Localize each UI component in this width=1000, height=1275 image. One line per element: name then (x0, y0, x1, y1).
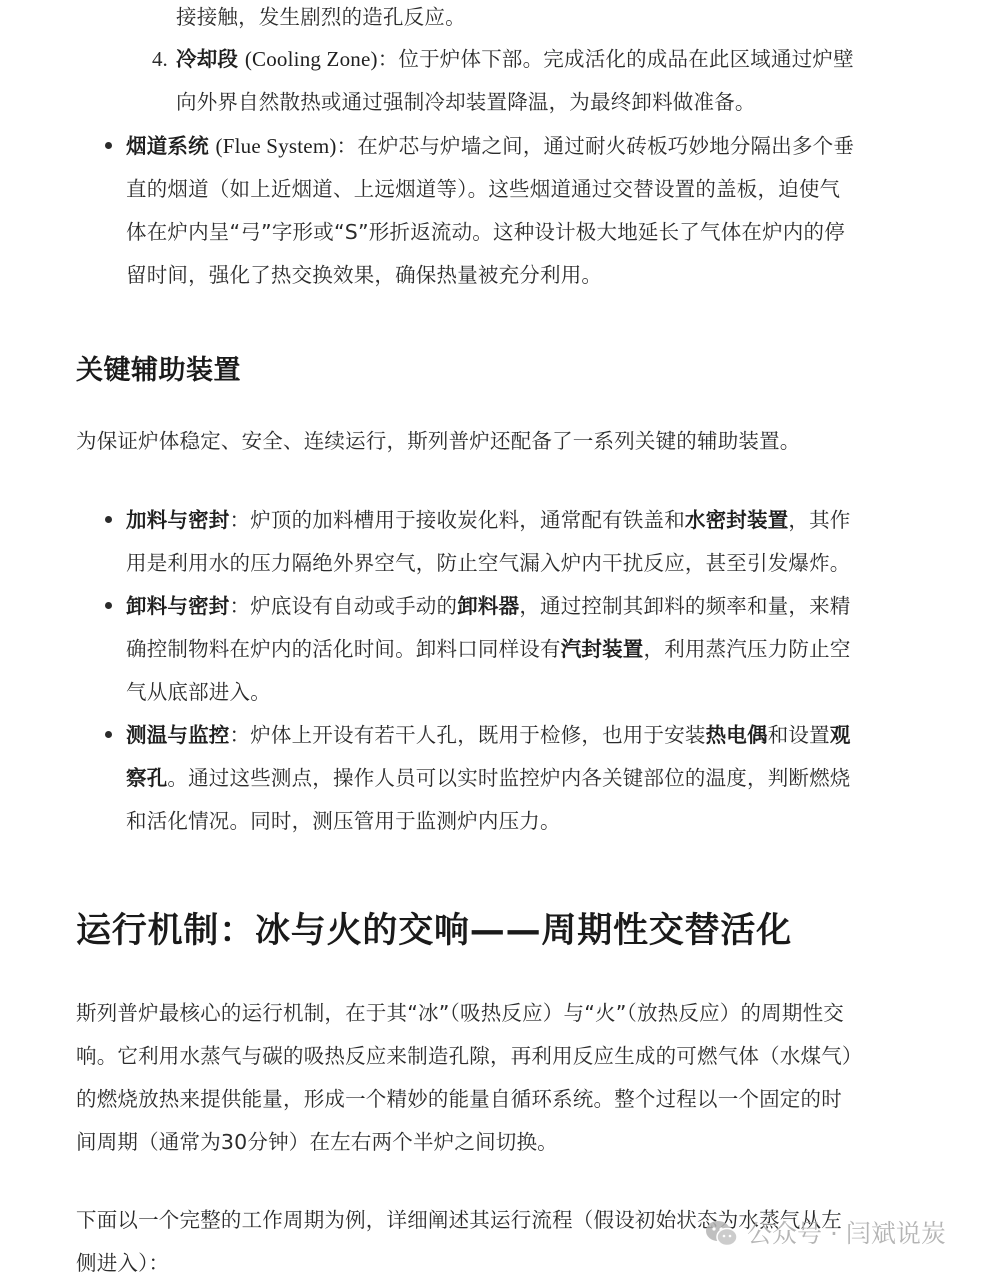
item-text-line: 确控制物料在炉内的活化时间。卸料口同样设有汽封装置，利用蒸汽压力防止空 (126, 634, 851, 664)
paragraph-line: 间周期（通常为30分钟）在左右两个半炉之间切换。 (76, 1127, 558, 1157)
list-item-cooling-zone: 冷却段 (Cooling Zone)：位于炉体下部。完成活化的成品在此区域通过炉… (176, 44, 854, 74)
item-title: 冷却段 (176, 47, 238, 71)
item-text: 位于炉体下部。完成活化的成品在此区域通过炉壁 (398, 47, 853, 71)
item-title: 卸料与密封 (126, 594, 230, 618)
colon: ： (337, 134, 358, 158)
watermark: 公众号 · 闫斌说炭 (705, 1217, 946, 1251)
list-item-feeding-seal: 加料与密封：炉顶的加料槽用于接收炭化料，通常配有铁盖和水密封装置，其作 (126, 505, 851, 535)
item-text: ，其作 (788, 508, 850, 532)
bold-term: 卸料器 (457, 594, 519, 618)
item-text: ，通过控制其卸料的频率和量，来精 (519, 594, 850, 618)
list-item-temperature-monitoring: 测温与监控：炉体上开设有若干人孔，既用于检修，也用于安装热电偶和设置观 (126, 720, 851, 750)
item-text: 炉体上开设有若干人孔，既用于检修，也用于安装 (250, 723, 705, 747)
item-title-en: (Flue System) (216, 134, 337, 158)
item-text: 炉顶的加料槽用于接收炭化料，通常配有铁盖和 (250, 508, 685, 532)
item-text-line: 向外界自然散热或通过强制冷却装置降温，为最终卸料做准备。 (176, 87, 756, 117)
continued-text: 接接触，发生剧烈的造孔反应。 (176, 2, 466, 32)
item-text: 炉底设有自动或手动的 (250, 594, 457, 618)
item-text-line: 察孔。通过这些测点，操作人员可以实时监控炉内各关键部位的温度，判断燃烧 (126, 763, 851, 793)
list-item-discharge-seal: 卸料与密封：炉底设有自动或手动的卸料器，通过控制其卸料的频率和量，来精 (126, 591, 851, 621)
bullet-icon (105, 516, 112, 523)
item-text-line: 气从底部进入。 (126, 677, 271, 707)
colon: ： (378, 47, 399, 71)
bullet-icon (105, 142, 112, 149)
paragraph-line: 斯列普炉最核心的运行机制，在于其“冰”（吸热反应）与“火”（放热反应）的周期性交 (76, 998, 844, 1028)
article-page: 接接触，发生剧烈的造孔反应。 4. 冷却段 (Cooling Zone)：位于炉… (0, 0, 1000, 1275)
item-title: 加料与密封 (126, 508, 230, 532)
colon: ： (230, 508, 251, 532)
bullet-icon (105, 602, 112, 609)
bold-term: 观 (830, 723, 851, 747)
colon: ： (230, 594, 251, 618)
bullet-icon (105, 731, 112, 738)
section-heading-mechanism: 运行机制：冰与火的交响——周期性交替活化 (76, 906, 792, 956)
item-text: ，利用蒸汽压力防止空 (644, 637, 851, 661)
item-text-line: 体在炉内呈“弓”字形或“S”形折返流动。这种设计极大地延长了气体在炉内的停 (126, 217, 845, 247)
section-heading-aux: 关键辅助装置 (76, 351, 241, 391)
item-title: 烟道系统 (126, 134, 209, 158)
list-number: 4. (152, 44, 168, 74)
wechat-icon (705, 1220, 739, 1248)
item-text-line: 和活化情况。同时，测压管用于监测炉内压力。 (126, 806, 561, 836)
item-title-en: (Cooling Zone) (245, 47, 378, 71)
bold-term: 察孔 (126, 766, 167, 790)
item-text-line: 直的烟道（如上近烟道、上远烟道等）。这些烟道通过交替设置的盖板，迫使气 (126, 174, 840, 204)
item-text: 确控制物料在炉内的活化时间。卸料口同样设有 (126, 637, 561, 661)
watermark-text: 公众号 · 闫斌说炭 (747, 1217, 946, 1251)
item-text: 。通过这些测点，操作人员可以实时监控炉内各关键部位的温度，判断燃烧 (167, 766, 850, 790)
item-text: 在炉芯与炉墙之间，通过耐火砖板巧妙地分隔出多个垂 (357, 134, 854, 158)
item-text: 和设置 (768, 723, 830, 747)
item-text-line: 留时间，强化了热交换效果，确保热量被充分利用。 (126, 260, 602, 290)
paragraph-line: 侧进入）： (76, 1248, 169, 1275)
item-text-line: 用是利用水的压力隔绝外界空气，防止空气漏入炉内干扰反应，甚至引发爆炸。 (126, 548, 851, 578)
bold-term: 汽封装置 (561, 637, 644, 661)
bold-term: 热电偶 (706, 723, 768, 747)
section-intro: 为保证炉体稳定、安全、连续运行，斯列普炉还配备了一系列关键的辅助装置。 (76, 426, 801, 456)
item-title: 测温与监控 (126, 723, 230, 747)
paragraph-line: 的燃烧放热来提供能量，形成一个精妙的能量自循环系统。整个过程以一个固定的时 (76, 1084, 842, 1114)
paragraph-line: 响。它利用水蒸气与碳的吸热反应来制造孔隙，再利用反应生成的可燃气体（水煤气） (76, 1041, 863, 1071)
colon: ： (230, 723, 251, 747)
bold-term: 水密封装置 (685, 508, 789, 532)
list-item-flue-system: 烟道系统 (Flue System)：在炉芯与炉墙之间，通过耐火砖板巧妙地分隔出… (126, 131, 854, 161)
